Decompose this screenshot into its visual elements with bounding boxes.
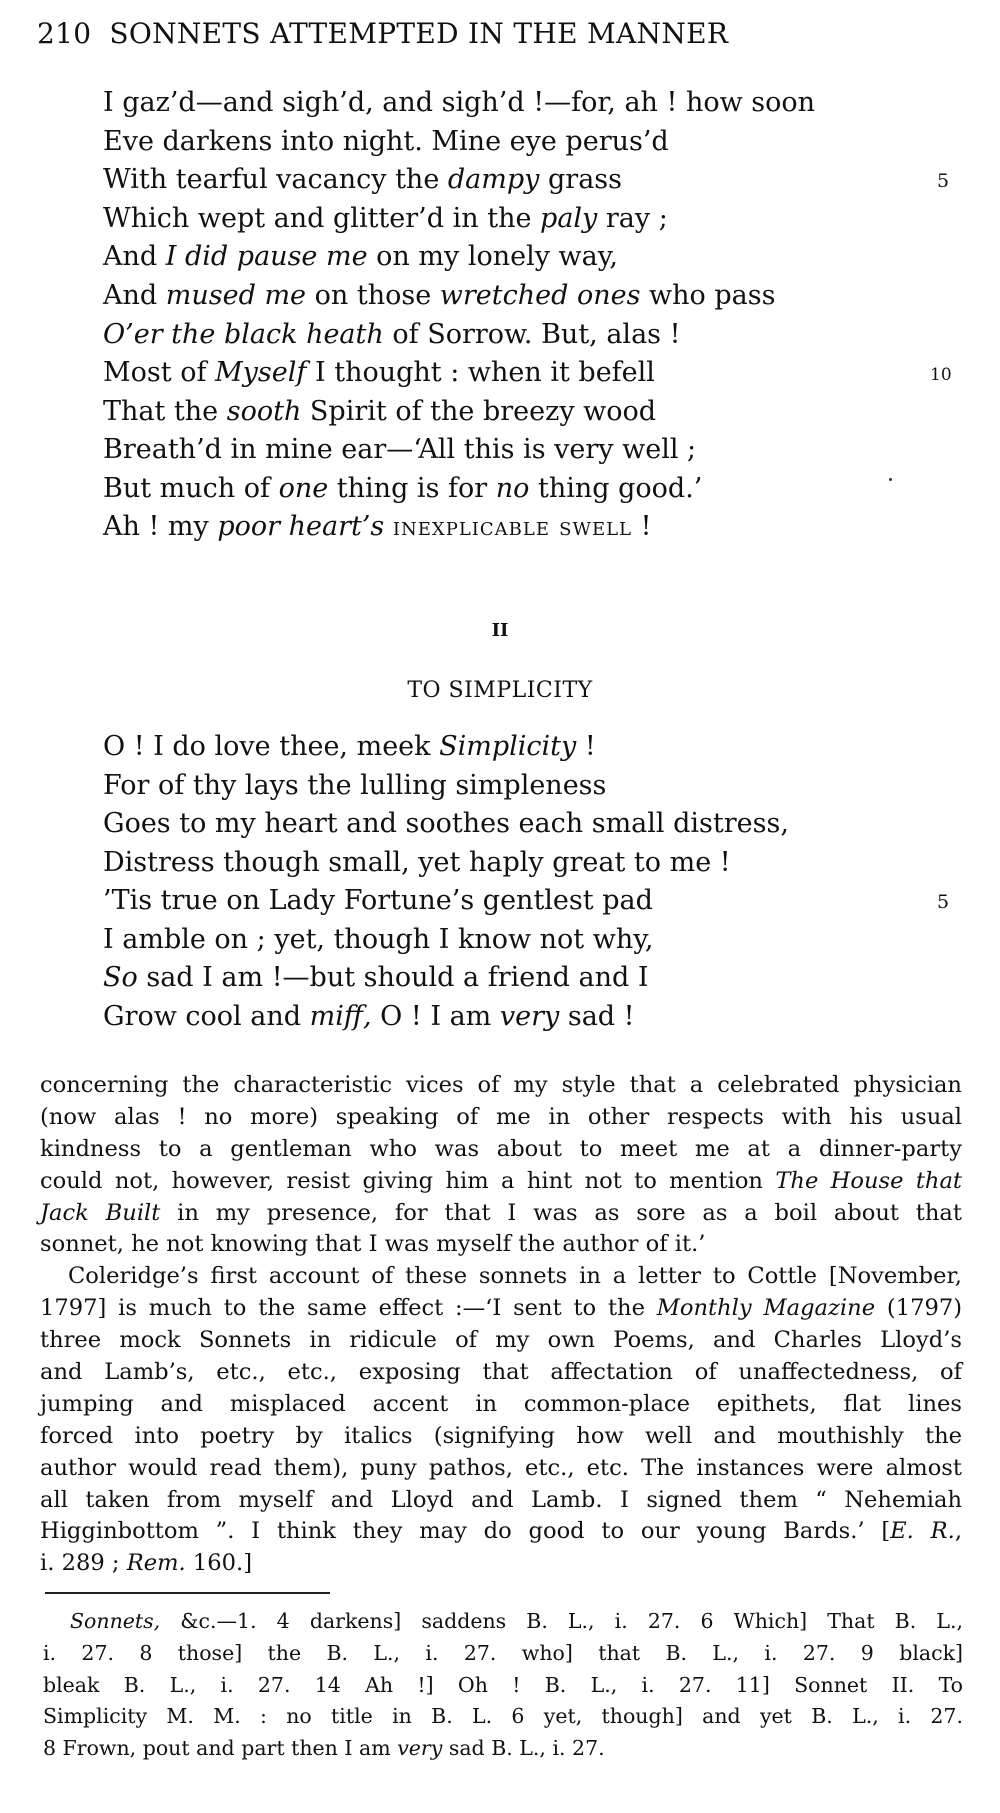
section-number: II [0,620,1000,641]
verse-line: Breath’d in mine ear—‘All this is very w… [103,431,696,470]
verse-line: So sad I am !—but should a friend and I [103,959,649,998]
verse-line: Most of Myself I thought : when it befel… [103,354,655,393]
footnote-rule [45,1592,330,1594]
prose-line: could not, however, resist giving him a … [40,1166,962,1198]
prose-line: concerning the characteristic vices of m… [40,1070,962,1102]
line-number: 10 [930,365,952,385]
prose-line: Jack Built in my presence, for that I wa… [40,1198,962,1230]
verse-line: O’er the black heath of Sorrow. But, ala… [103,316,680,355]
verse-line: And I did pause me on my lonely way, [103,238,618,277]
verse-line: For of thy lays the lulling simpleness [103,767,606,806]
line-number: 5 [937,170,949,192]
footnotes: Sonnets, &c.—1. 4 darkens] saddens B. L.… [43,1606,963,1765]
verse-line: O ! I do love thee, meek Simplicity ! [103,728,596,767]
footnote-line: i. 27. 8 those] the B. L., i. 27. who] t… [43,1638,963,1670]
verse-line: ’Tis true on Lady Fortune’s gentlest pad [103,882,653,921]
footnote-line: 8 Frown, pout and part then I am very sa… [43,1733,963,1765]
verse-line: Ah ! my poor heart’s inexplicable swell … [103,508,651,547]
prose-line: Higginbottom ”. I think they may do good… [40,1516,962,1548]
running-header: 210SONNETS ATTEMPTED IN THE MANNER [37,17,728,50]
prose-line: 1797] is much to the same effect :—‘I se… [40,1293,962,1325]
verse-line: Eve darkens into night. Mine eye perus’d [103,123,669,162]
line-number: 5 [937,891,949,913]
verse-line: I amble on ; yet, though I know not why, [103,921,654,960]
verse-line: Grow cool and miff, O ! I am very sad ! [103,998,635,1037]
page-number: 210 [37,17,91,50]
prose-line: author would read them), puny pathos, et… [40,1453,962,1485]
footnote-line: bleak B. L., i. 27. 14 Ah !] Oh ! B. L.,… [43,1670,963,1702]
verse-line: That the sooth Spirit of the breezy wood [103,393,656,432]
section-title: TO SIMPLICITY [0,678,1000,703]
prose-line: sonnet, he not knowing that I was myself… [40,1229,962,1261]
prose-line: (now alas ! no more) speaking of me in o… [40,1102,962,1134]
verse-line: With tearful vacancy the dampy grass [103,161,622,200]
verse-line: I gaz’d—and sigh’d, and sigh’d !—for, ah… [103,84,815,123]
prose-line: and Lamb’s, etc., etc., exposing that af… [40,1357,962,1389]
footnote-line: Sonnets, &c.—1. 4 darkens] saddens B. L.… [43,1606,963,1638]
prose-line: forced into poetry by italics (signifyin… [40,1421,962,1453]
verse-line: Goes to my heart and soothes each small … [103,805,789,844]
prose-line: kindness to a gentleman who was about to… [40,1134,962,1166]
commentary: concerning the characteristic vices of m… [40,1070,962,1580]
prose-line: i. 289 ; Rem. 160.] [40,1548,962,1580]
prose-line: all taken from myself and Lloyd and Lamb… [40,1485,962,1517]
prose-line: Coleridge’s first account of these sonne… [40,1261,962,1293]
footnote-line: Simplicity M. M. : no title in B. L. 6 y… [43,1701,963,1733]
verse-line: But much of one thing is for no thing go… [103,470,702,509]
verse-line: Which wept and glitter’d in the paly ray… [103,200,668,239]
print-speck [889,478,892,481]
prose-line: jumping and misplaced accent in common-p… [40,1389,962,1421]
running-title: SONNETS ATTEMPTED IN THE MANNER [109,17,728,50]
verse-line: And mused me on those wretched ones who … [103,277,775,316]
prose-line: three mock Sonnets in ridicule of my own… [40,1325,962,1357]
verse-line: Distress though small, yet haply great t… [103,844,731,883]
